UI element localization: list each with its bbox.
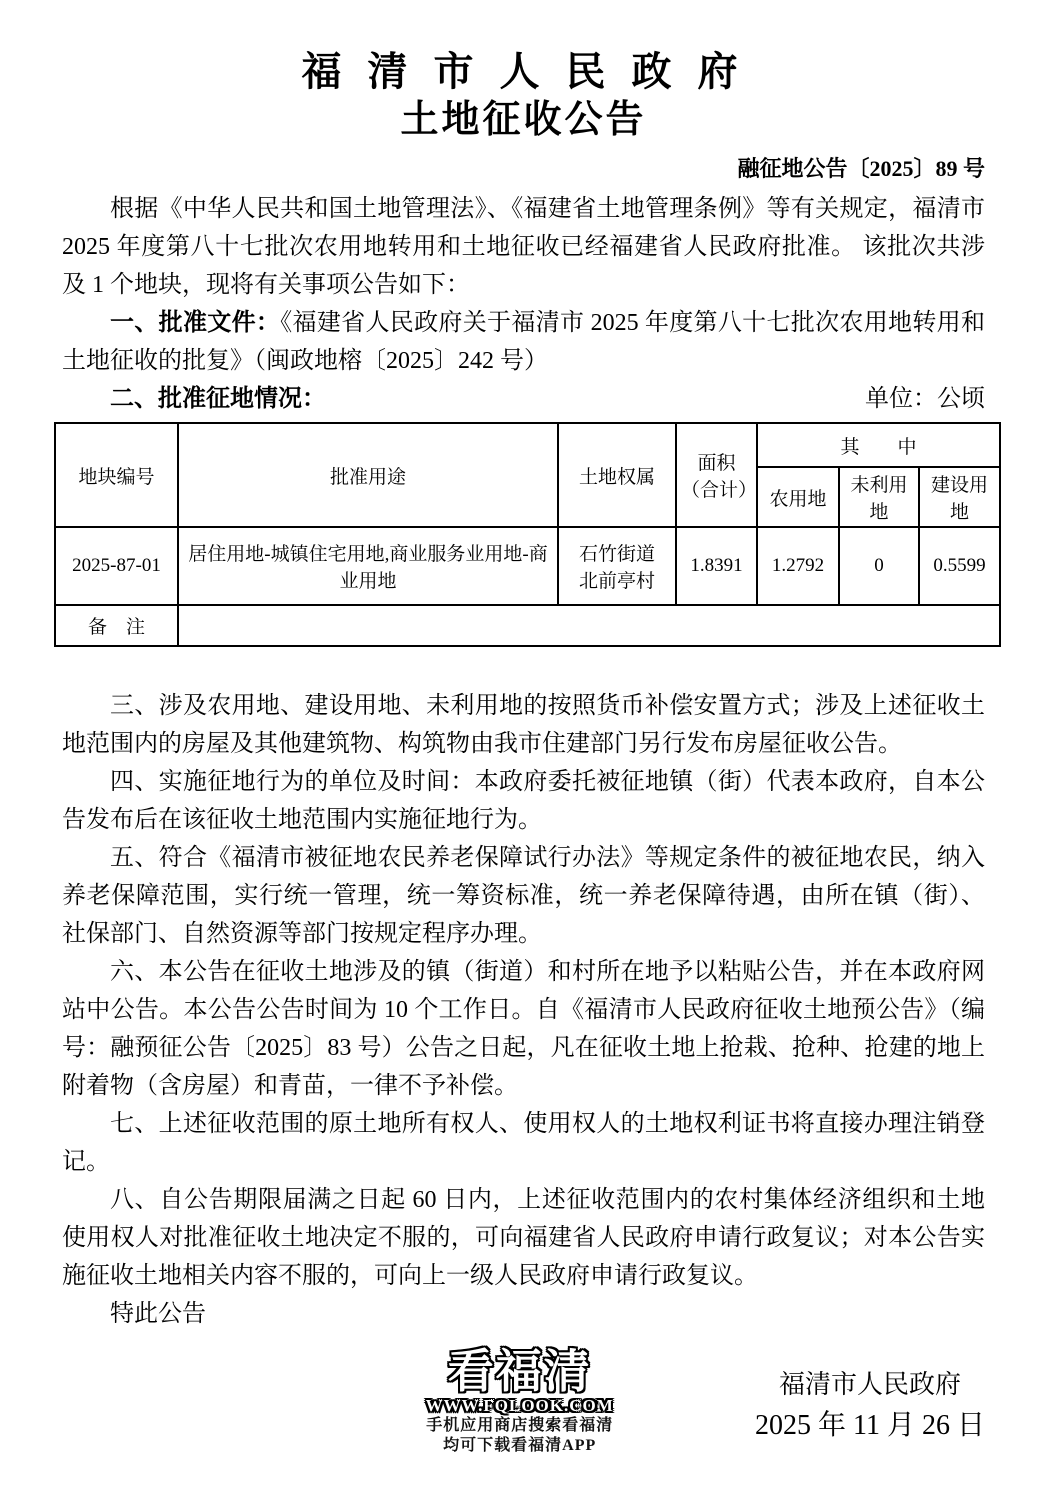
item2-label: 二、批准征地情况： <box>62 380 326 418</box>
watermark-line1: 手机应用商店搜索看福清 <box>426 1418 614 1434</box>
paragraph-item3: 三、涉及农用地、建设用地、未利用地的按照货币补偿安置方式；涉及上述征收土地范围内… <box>62 687 985 763</box>
signature-org: 福清市人民政府 <box>755 1365 985 1405</box>
signature-block: 福清市人民政府 2025 年 11 月 26 日 <box>755 1365 985 1447</box>
remark-value <box>178 605 1000 646</box>
cell-construction: 0.5599 <box>919 527 1000 605</box>
col-header-among-which: 其 中 <box>757 423 1000 467</box>
item1-label: 一、批准文件： <box>110 310 280 336</box>
paragraph-item2: 二、批准征地情况： 单位：公顷 <box>62 380 985 418</box>
col-header-unused: 未利用地 <box>839 467 919 527</box>
remark-row: 备 注 <box>55 605 1000 646</box>
col-header-agricultural: 农用地 <box>757 467 839 527</box>
watermark-url: WWW.FQLOOK.COM <box>426 1397 614 1414</box>
document-number: 融征地公告〔2025〕89 号 <box>62 154 985 184</box>
paragraph-intro: 根据《中华人民共和国土地管理法》、《福建省土地管理条例》等有关规定，福清市 20… <box>62 190 985 304</box>
watermark-title: 看福清 <box>426 1349 614 1395</box>
cell-unused: 0 <box>839 527 919 605</box>
col-header-block-no: 地块编号 <box>55 423 178 527</box>
cell-approved-use: 居住用地-城镇住宅用地,商业服务业用地-商业用地 <box>178 527 558 605</box>
cell-area-total: 1.8391 <box>676 527 757 605</box>
announcement-document: 福 清 市 人 民 政 府 土地征收公告 融征地公告〔2025〕89 号 根据《… <box>0 0 1038 1502</box>
document-subtitle: 土地征收公告 <box>62 96 985 144</box>
col-header-approved-use: 批准用途 <box>178 423 558 527</box>
col-header-land-ownership: 土地权属 <box>558 423 676 527</box>
document-title: 福 清 市 人 民 政 府 <box>62 48 985 96</box>
remark-label: 备 注 <box>55 605 178 646</box>
document-footer: 看福清 WWW.FQLOOK.COM 手机应用商店搜索看福清 均可下载看福清AP… <box>62 1343 985 1493</box>
watermark-line2: 均可下载看福清APP <box>426 1438 614 1454</box>
paragraph-item4: 四、实施征地行为的单位及时间：本政府委托被征地镇（街）代表本政府，自本公告发布后… <box>62 763 985 839</box>
paragraph-item8: 八、自公告期限届满之日起 60 日内，上述征收范围内的农村集体经济组织和土地使用… <box>62 1181 985 1295</box>
paragraph-item6: 六、本公告在征收土地涉及的镇（街道）和村所在地予以粘贴公告，并在本政府网站中公告… <box>62 953 985 1105</box>
unit-note: 单位：公顷 <box>865 380 985 418</box>
paragraph-item5: 五、符合《福清市被征地农民养老保障试行办法》等规定条件的被征地农民，纳入养老保障… <box>62 839 985 953</box>
approval-table: 地块编号 批准用途 土地权属 面积（合计） 其 中 农用地 未利用地 建设用地 … <box>54 422 1001 647</box>
closing-statement: 特此公告 <box>62 1295 985 1333</box>
paragraph-item1: 一、批准文件：《福建省人民政府关于福清市 2025 年度第八十七批次农用地转用和… <box>62 304 985 380</box>
table-row: 2025-87-01 居住用地-城镇住宅用地,商业服务业用地-商业用地 石竹街道… <box>55 527 1000 605</box>
cell-land-ownership: 石竹街道 北前亭村 <box>558 527 676 605</box>
fqlook-watermark-logo: 看福清 WWW.FQLOOK.COM 手机应用商店搜索看福清 均可下载看福清AP… <box>426 1349 614 1454</box>
col-header-construction: 建设用地 <box>919 467 1000 527</box>
signature-date: 2025 年 11 月 26 日 <box>755 1405 985 1447</box>
cell-block-no: 2025-87-01 <box>55 527 178 605</box>
paragraph-item7: 七、上述征收范围的原土地所有权人、使用权人的土地权利证书将直接办理注销登记。 <box>62 1105 985 1181</box>
col-header-area-total: 面积（合计） <box>676 423 757 527</box>
cell-agricultural: 1.2792 <box>757 527 839 605</box>
